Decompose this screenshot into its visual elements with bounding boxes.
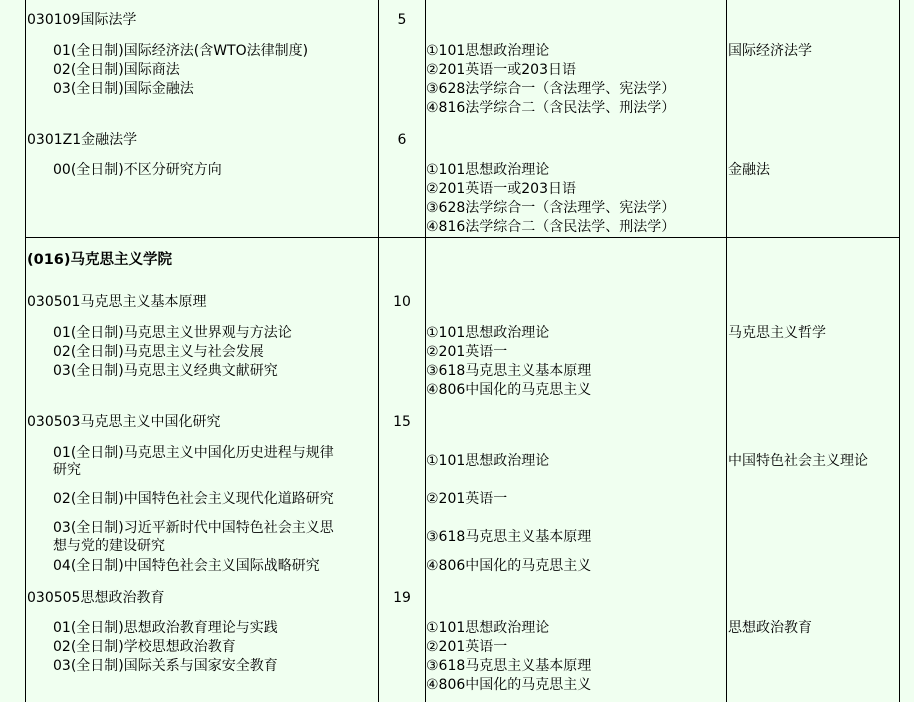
exam-subject: ④806中国化的马克思主义 bbox=[426, 381, 591, 400]
section-divider bbox=[25, 237, 900, 238]
retest-subject: 马克思主义哲学 bbox=[728, 324, 826, 343]
retest-subject: 中国特色社会主义理论 bbox=[728, 452, 868, 471]
research-direction: 02(全日制)马克思主义与社会发展 bbox=[53, 343, 264, 362]
exam-subject: ④806中国化的马克思主义 bbox=[426, 557, 591, 576]
school-heading: (016)马克思主义学院 bbox=[27, 251, 172, 270]
exam-subject: ③628法学综合一（含法理学、宪法学） bbox=[426, 199, 675, 218]
exam-subject: ③618马克思主义基本原理 bbox=[426, 657, 591, 676]
research-direction: 01(全日制)马克思主义世界观与方法论 bbox=[53, 324, 292, 343]
research-direction: 00(全日制)不区分研究方向 bbox=[53, 161, 222, 180]
research-direction: 01(全日制)马克思主义中国化历史进程与规律 bbox=[53, 444, 334, 463]
exam-subject: ①101思想政治理论 bbox=[426, 161, 549, 180]
enrollment-quota: 6 bbox=[379, 131, 425, 150]
research-direction: 03(全日制)习近平新时代中国特色社会主义思 bbox=[53, 519, 334, 538]
exam-subject: ③618马克思主义基本原理 bbox=[426, 528, 591, 547]
major-code-name: 030109国际法学 bbox=[27, 11, 136, 30]
retest-subject: 思想政治教育 bbox=[728, 619, 812, 638]
exam-subject: ④816法学综合二（含民法学、刑法学） bbox=[426, 99, 675, 118]
exam-subject: ④816法学综合二（含民法学、刑法学） bbox=[426, 218, 675, 237]
retest-subject: 国际经济法学 bbox=[728, 42, 812, 61]
exam-subject: ①101思想政治理论 bbox=[426, 42, 549, 61]
table-border-right bbox=[899, 0, 900, 702]
enrollment-quota: 15 bbox=[379, 413, 425, 432]
research-direction: 01(全日制)思想政治教育理论与实践 bbox=[53, 619, 278, 638]
enrollment-quota: 19 bbox=[379, 589, 425, 608]
research-direction: 02(全日制)学校思想政治教育 bbox=[53, 638, 236, 657]
research-direction: 03(全日制)国际关系与国家安全教育 bbox=[53, 657, 278, 676]
research-direction: 03(全日制)马克思主义经典文献研究 bbox=[53, 362, 278, 381]
exam-subject: ①101思想政治理论 bbox=[426, 452, 549, 471]
column-divider-retest bbox=[726, 0, 727, 702]
exam-subject: ①101思想政治理论 bbox=[426, 619, 549, 638]
research-direction: 03(全日制)国际金融法 bbox=[53, 80, 194, 99]
enrollment-quota: 10 bbox=[379, 293, 425, 312]
exam-subject: ②201英语一 bbox=[426, 490, 507, 509]
retest-subject: 金融法 bbox=[728, 161, 770, 180]
major-code-name: 030503马克思主义中国化研究 bbox=[27, 413, 220, 432]
exam-subject: ②201英语一或203日语 bbox=[426, 180, 576, 199]
exam-subject: ②201英语一 bbox=[426, 638, 507, 657]
research-direction: 研究 bbox=[53, 461, 81, 480]
research-direction: 02(全日制)国际商法 bbox=[53, 61, 180, 80]
exam-subject: ②201英语一或203日语 bbox=[426, 61, 576, 80]
major-code-name: 030505思想政治教育 bbox=[27, 589, 164, 608]
exam-subject: ③618马克思主义基本原理 bbox=[426, 362, 591, 381]
exam-subject: ②201英语一 bbox=[426, 343, 507, 362]
major-code-name: 0301Z1金融法学 bbox=[27, 131, 137, 150]
table-border-left bbox=[25, 0, 26, 702]
major-code-name: 030501马克思主义基本原理 bbox=[27, 293, 206, 312]
exam-subject: ③628法学综合一（含法理学、宪法学） bbox=[426, 80, 675, 99]
exam-subject: ①101思想政治理论 bbox=[426, 324, 549, 343]
exam-subject: ④806中国化的马克思主义 bbox=[426, 676, 591, 695]
research-direction: 01(全日制)国际经济法(含WTO法律制度) bbox=[53, 42, 308, 61]
research-direction: 02(全日制)中国特色社会主义现代化道路研究 bbox=[53, 490, 334, 509]
research-direction: 想与党的建设研究 bbox=[53, 537, 165, 556]
research-direction: 04(全日制)中国特色社会主义国际战略研究 bbox=[53, 557, 320, 576]
enrollment-quota: 5 bbox=[379, 11, 425, 30]
